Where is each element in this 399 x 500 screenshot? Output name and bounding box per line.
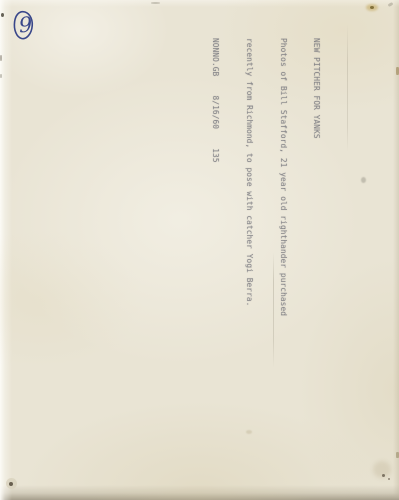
handwritten-digit: 9 <box>18 13 33 38</box>
stain-speck <box>1 13 4 17</box>
crease-line <box>347 24 348 152</box>
typed-caption: NEW PITCHER FOR YANKS Photos of Bill Sta… <box>187 38 345 338</box>
caption-line-2: Photos of Bill Stafford, 21 year old rig… <box>277 38 288 338</box>
stain-speck <box>151 2 160 4</box>
stain-speck <box>388 478 390 480</box>
caption-line-3: recently from Richmond, to pose with cat… <box>243 38 254 338</box>
handwritten-circled-number: 9 <box>10 8 40 46</box>
stain-speck <box>9 482 13 486</box>
stain-speck <box>246 430 252 434</box>
crease-line <box>273 252 274 368</box>
stain-speck <box>382 474 385 477</box>
stain-speck <box>0 74 2 78</box>
caption-line-4: NONNO.GB 8/16/60 135 <box>209 38 220 338</box>
stain-speck <box>361 177 366 183</box>
photo-back-scan: 9 NEW PITCHER FOR YANKS Photos of Bill S… <box>0 0 399 500</box>
stain-speck <box>370 6 374 9</box>
stain-speck <box>0 55 2 61</box>
stain-speck <box>388 2 394 7</box>
caption-line-1: NEW PITCHER FOR YANKS <box>311 38 322 338</box>
circle-mark: 9 <box>10 8 40 46</box>
